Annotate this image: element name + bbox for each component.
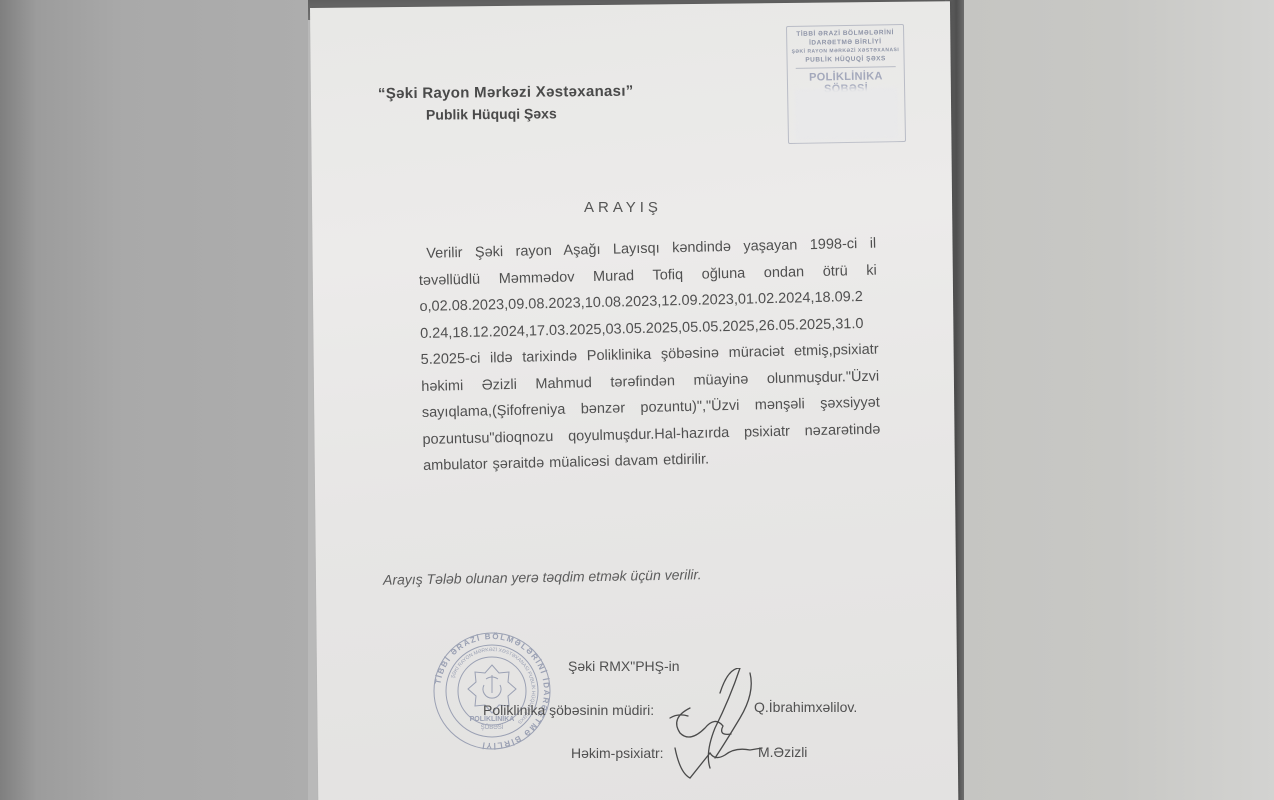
- background-left: [0, 0, 308, 800]
- stamp-line: PUBLİK HÜQUQİ ŞƏXS: [788, 54, 904, 65]
- doctor-title: Həkim-psixiatr:: [571, 745, 664, 761]
- round-seal-icon: TİBBİ ƏRAZİ BÖLMƏLƏRİNİ İDARƏETMƏ BİRLİY…: [432, 631, 552, 751]
- document-title: ARAYIŞ: [584, 199, 662, 216]
- background-right: [964, 0, 1274, 800]
- stamp-divider: [796, 66, 896, 69]
- svg-text:ŞÖBƏSİ: ŞÖBƏSİ: [481, 724, 504, 731]
- document-body: Verilir Şəki rayon Aşağı Layısqı kəndind…: [418, 231, 881, 480]
- org-type: Publik Hüquqi Şəxs: [426, 105, 557, 122]
- head-title: Poliklinika şöbəsinin müdiri:: [483, 702, 654, 718]
- department-stamp: TİBBİ ƏRAZİ BÖLMƏLƏRİNİ İDARƏETMƏ BİRLİY…: [786, 24, 906, 144]
- handwritten-signature-icon: [660, 668, 770, 783]
- org-name: “Şəki Rayon Mərkəzi Xəstəxanası”: [378, 83, 634, 103]
- redacted-area: [794, 87, 899, 141]
